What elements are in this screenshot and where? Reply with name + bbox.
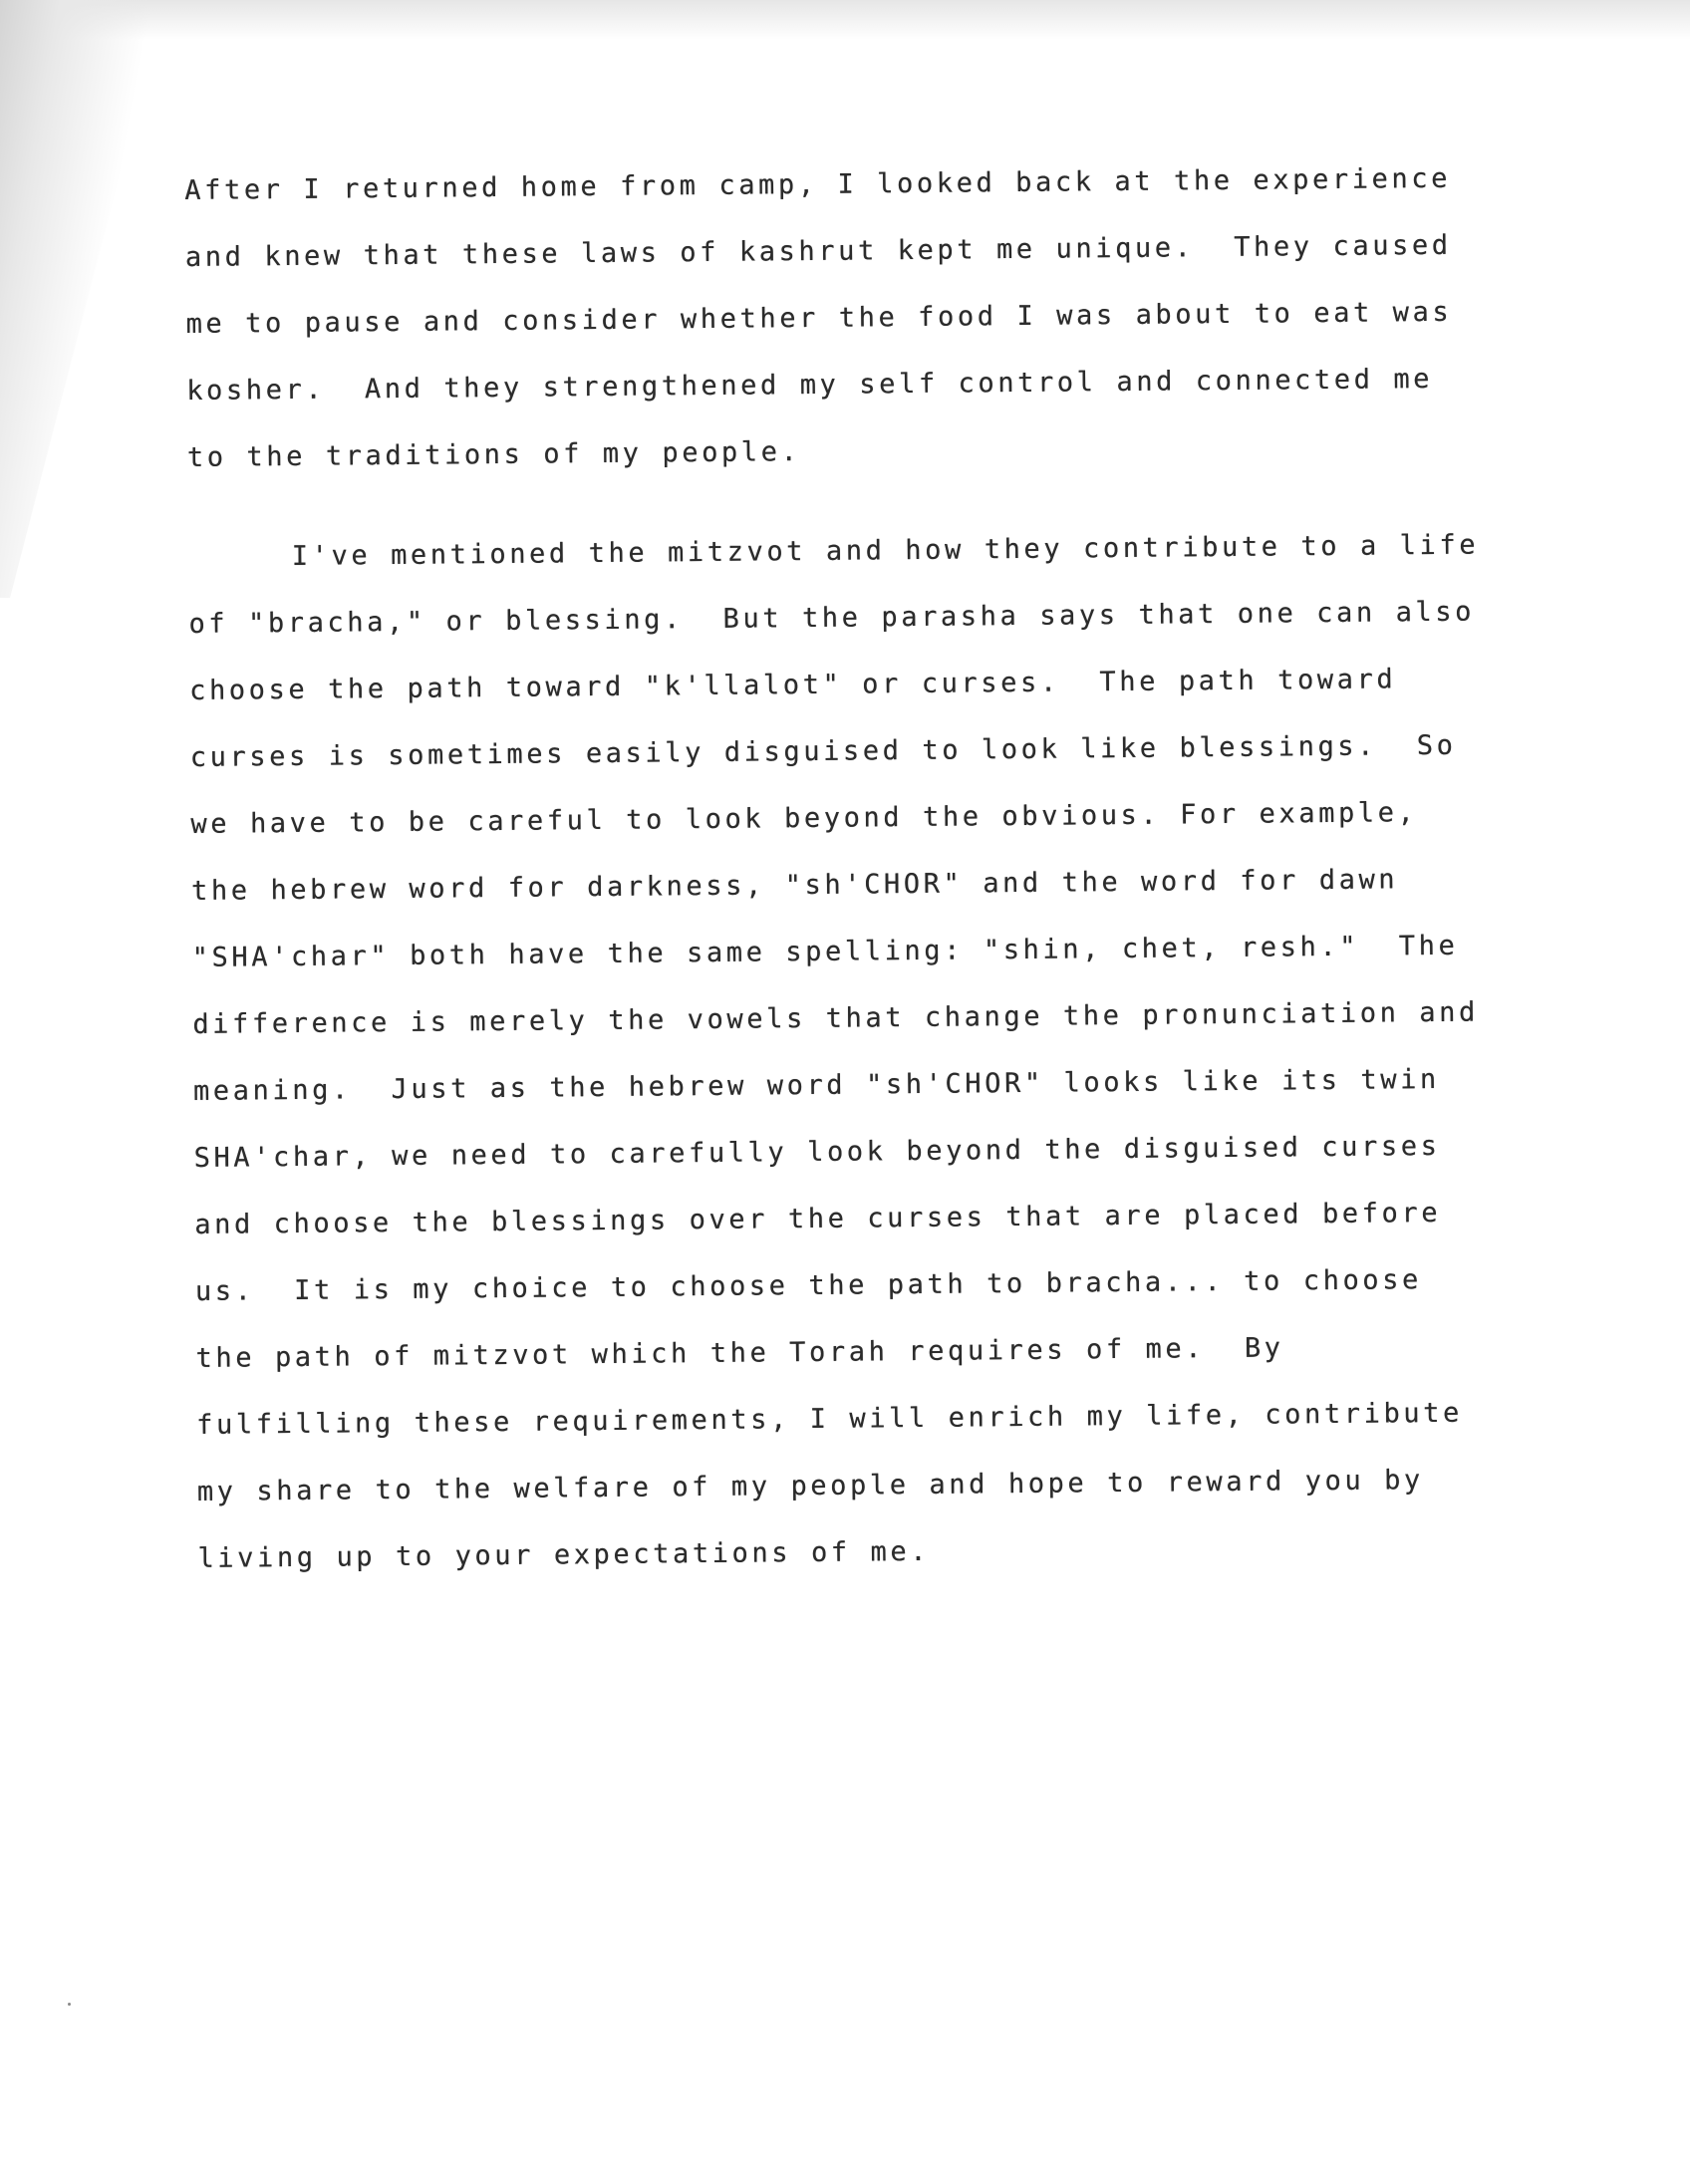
scanned-page: After I returned home from camp, I looke…	[0, 0, 1690, 2184]
scan-speck	[68, 2003, 71, 2006]
text-line: difference is merely the vowels that cha…	[192, 978, 1529, 1058]
text-line: the hebrew word for darkness, "sh'CHOR" …	[191, 845, 1528, 925]
text-line: the path of mitzvot which the Torah requ…	[195, 1312, 1532, 1392]
text-line: fulfilling these requirements, I will en…	[196, 1379, 1533, 1459]
text-line: "SHA'char" both have the same spelling: …	[191, 912, 1528, 991]
text-line: living up to your expectations of me.	[197, 1512, 1534, 1592]
paragraph-2: I've mentioned the mitzvot and how they …	[188, 511, 1534, 1592]
document-body: After I returned home from camp, I looke…	[184, 144, 1534, 1625]
text-line: me to pause and consider whether the foo…	[185, 278, 1522, 358]
text-line: kosher. And they strengthened my self co…	[186, 345, 1523, 424]
text-line: and knew that these laws of kashrut kept…	[185, 211, 1522, 291]
text-line: SHA'char, we need to carefully look beyo…	[193, 1112, 1530, 1192]
text-line: us. It is my choice to choose the path t…	[195, 1245, 1532, 1325]
text-line: meaning. Just as the hebrew word "sh'CHO…	[193, 1045, 1530, 1125]
text-line: I've mentioned the mitzvot and how they …	[188, 511, 1525, 591]
text-line: After I returned home from camp, I looke…	[184, 144, 1521, 224]
text-line: my share to the welfare of my people and…	[197, 1446, 1534, 1525]
text-line: curses is sometimes easily disguised to …	[189, 711, 1526, 791]
text-line: and choose the blessings over the curses…	[194, 1179, 1531, 1258]
paragraph-1: After I returned home from camp, I looke…	[184, 144, 1523, 491]
text-line: we have to be careful to look beyond the…	[190, 778, 1527, 858]
text-line: to the traditions of my people.	[187, 411, 1524, 491]
text-line: choose the path toward "k'llalot" or cur…	[189, 645, 1526, 724]
text-line: of "bracha," or blessing. But the parash…	[188, 578, 1525, 658]
